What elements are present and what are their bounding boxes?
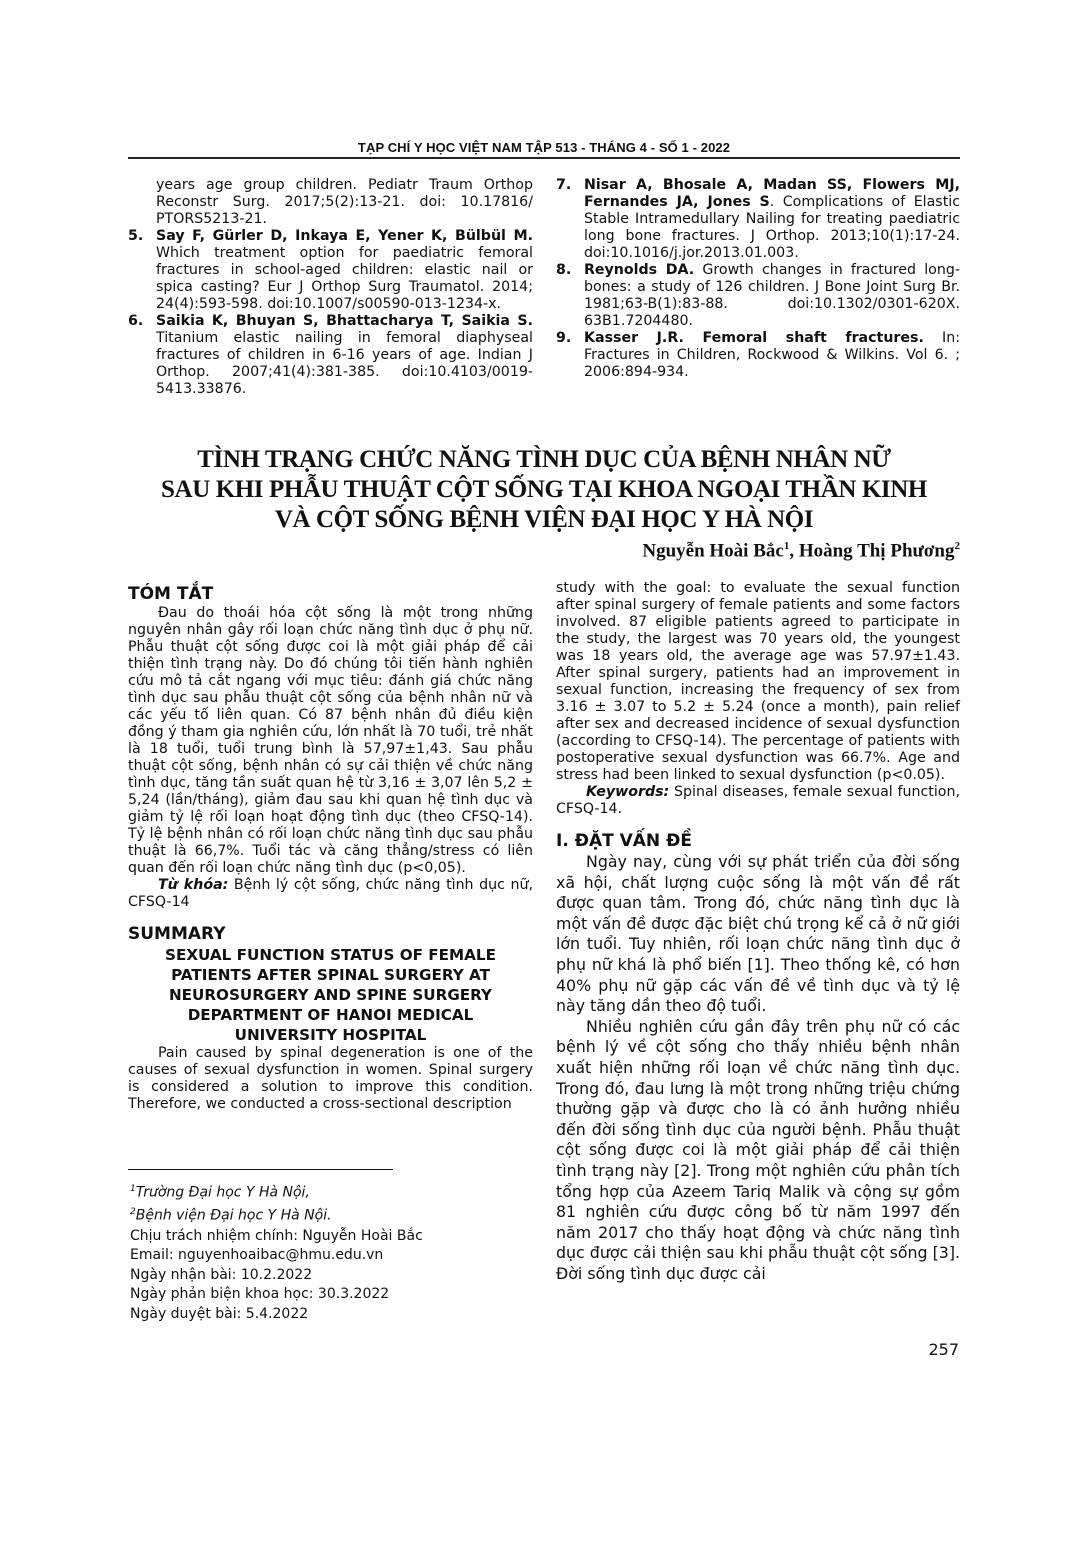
introduction-heading: I. ĐẶT VẤN ĐỀ [556, 830, 960, 852]
title-line: TÌNH TRẠNG CHỨC NĂNG TÌNH DỤC CỦA BỆNH N… [128, 445, 960, 475]
email: Email: nguyenhoaibac@hmu.edu.vn [130, 1246, 530, 1266]
keywords-label: Keywords: [586, 784, 669, 800]
reference-number: 5. [128, 228, 143, 245]
footnote-rule [128, 1169, 393, 1170]
affiliation-1: 1Trường Đại học Y Hà Nội, [130, 1180, 530, 1203]
keywords-label: Từ khóa: [158, 877, 228, 893]
reference-item: 7. Nisar A, Bhosale A, Madan SS, Flowers… [556, 177, 960, 262]
reference-item: 5. Say F, Gürler D, Inkaya E, Yener K, B… [128, 228, 533, 313]
footnotes: 1Trường Đại học Y Hà Nội, 2Bệnh viện Đại… [130, 1180, 530, 1324]
affiliation-text: Bệnh viện Đại học Y Hà Nội. [136, 1208, 332, 1224]
abstract-vi-body: Đau do thoái hóa cột sống là một trong n… [128, 605, 533, 877]
introduction-paragraph: Ngày nay, cùng với sự phát triển của đời… [556, 852, 960, 1017]
reference-text: Titanium elastic nailing in femoral diap… [156, 330, 533, 397]
affiliation-2: 2Bệnh viện Đại học Y Hà Nội. [130, 1203, 530, 1226]
reference-number: 8. [556, 262, 571, 279]
reference-item: 8. Reynolds DA. Growth changes in fractu… [556, 262, 960, 330]
header-rule [128, 157, 960, 159]
summary-title: SEXUAL FUNCTION STATUS OF FEMALE PATIENT… [128, 945, 533, 1045]
reference-4-continued: years age group children. Pediatr Traum … [128, 177, 533, 228]
reference-number: 7. [556, 177, 571, 194]
author-affiliation-marker: 2 [955, 540, 961, 552]
abstract-vi-heading: TÓM TẮT [128, 583, 533, 605]
summary-body-part1: Pain caused by spinal degeneration is on… [128, 1045, 533, 1113]
affiliation-text: Trường Đại học Y Hà Nội, [136, 1185, 310, 1201]
received-date: Ngày nhận bài: 10.2.2022 [130, 1266, 530, 1286]
author-name: Hoàng Thị Phương [799, 540, 955, 561]
corresponding-author: Chịu trách nhiệm chính: Nguyễn Hoài Bắc [130, 1227, 530, 1247]
summary-heading: SUMMARY [128, 923, 533, 945]
summary-body-part2: study with the goal: to evaluate the sex… [556, 580, 960, 784]
title-line: VÀ CỘT SỐNG BỆNH VIỆN ĐẠI HỌC Y HÀ NỘI [128, 505, 960, 535]
journal-page: TẠP CHÍ Y HỌC VIỆT NAM TẬP 513 - THÁNG 4… [0, 0, 1090, 1541]
introduction-paragraph: Nhiều nghiên cứu gần đây trên phụ nữ có … [556, 1017, 960, 1285]
abstract-vi-keywords: Từ khóa: Bệnh lý cột sống, chức năng tìn… [128, 877, 533, 911]
reference-authors: Saikia K, Bhuyan S, Bhattacharya T, Saik… [156, 313, 533, 329]
article-title: TÌNH TRẠNG CHỨC NĂNG TÌNH DỤC CỦA BỆNH N… [128, 445, 960, 535]
page-number: 257 [928, 1340, 959, 1359]
accepted-date: Ngày duyệt bài: 5.4.2022 [130, 1305, 530, 1325]
reference-authors: Kasser J.R. Femoral shaft fractures. [584, 330, 924, 346]
reference-authors: Say F, Gürler D, Inkaya E, Yener K, Bülb… [156, 228, 533, 244]
reference-number: 6. [128, 313, 143, 330]
reference-text: Which treatment option for paediatric fe… [156, 245, 533, 312]
summary-keywords: Keywords: Spinal diseases, female sexual… [556, 784, 960, 818]
reference-item: 6. Saikia K, Bhuyan S, Bhattacharya T, S… [128, 313, 533, 398]
running-header: TẠP CHÍ Y HỌC VIỆT NAM TẬP 513 - THÁNG 4… [128, 140, 960, 155]
references-left-column: years age group children. Pediatr Traum … [128, 177, 533, 398]
abstract-right-column: study with the goal: to evaluate the sex… [556, 580, 960, 1284]
reference-item: 9. Kasser J.R. Femoral shaft fractures. … [556, 330, 960, 381]
references-right-column: 7. Nisar A, Bhosale A, Madan SS, Flowers… [556, 177, 960, 381]
author-separator: , [789, 540, 799, 561]
author-list: Nguyễn Hoài Bắc1, Hoàng Thị Phương2 [642, 540, 960, 562]
reference-authors: Reynolds DA. [584, 262, 694, 278]
title-line: SAU KHI PHẪU THUẬT CỘT SỐNG TẠI KHOA NGO… [128, 475, 960, 505]
author-name: Nguyễn Hoài Bắc [642, 540, 783, 561]
abstract-left-column: TÓM TẮT Đau do thoái hóa cột sống là một… [128, 583, 533, 1113]
review-date: Ngày phản biện khoa học: 30.3.2022 [130, 1285, 530, 1305]
reference-number: 9. [556, 330, 571, 347]
